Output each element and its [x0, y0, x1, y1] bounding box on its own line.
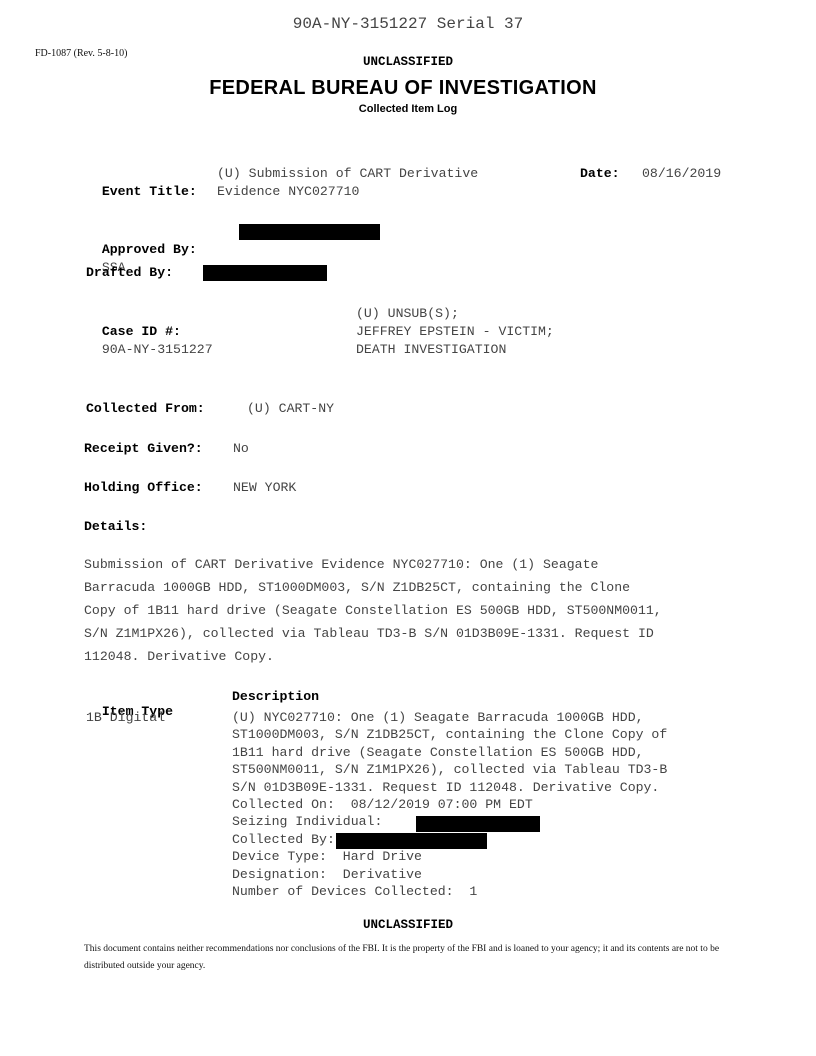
- details-line: Barracuda 1000GB HDD, ST1000DM003, S/N Z…: [84, 576, 744, 599]
- classification-banner-top: UNCLASSIFIED: [0, 55, 816, 69]
- description-line: ST500NM0011, S/N Z1M1PX26), collected vi…: [232, 761, 667, 778]
- redaction-approved-by: [239, 224, 380, 240]
- details-line: S/N Z1M1PX26), collected via Tableau TD3…: [84, 622, 744, 645]
- case-id-field: Case ID #: 90A-NY-3151227: [86, 305, 213, 359]
- event-title-field: Event Title:: [86, 165, 197, 201]
- classification-banner-bottom: UNCLASSIFIED: [0, 918, 816, 932]
- collected-from-label: Collected From:: [86, 400, 205, 418]
- details-paragraph: Submission of CART Derivative Evidence N…: [84, 553, 744, 668]
- case-title-line: (U) UNSUB(S);: [356, 305, 554, 323]
- device-type-value: Hard Drive: [343, 849, 422, 864]
- form-title: Collected Item Log: [0, 103, 816, 115]
- agency-title: FEDERAL BUREAU OF INVESTIGATION: [0, 77, 806, 100]
- description-line: (U) NYC027710: One (1) Seagate Barracuda…: [232, 709, 667, 726]
- receipt-given-label: Receipt Given?:: [84, 440, 203, 458]
- case-title-line: DEATH INVESTIGATION: [356, 341, 554, 359]
- event-title-label: Event Title:: [102, 184, 197, 199]
- designation-value: Derivative: [343, 867, 422, 882]
- column-header-description: Description: [232, 689, 319, 704]
- event-title-line-1: (U) Submission of CART Derivative: [217, 165, 478, 183]
- designation-line: Designation: Derivative: [232, 866, 667, 883]
- details-line: Submission of CART Derivative Evidence N…: [84, 553, 744, 576]
- holding-office-label: Holding Office:: [84, 479, 203, 497]
- disclaimer-text: This document contains neither recommend…: [84, 941, 724, 975]
- collected-by-label: Collected By:: [232, 832, 335, 847]
- description-line: S/N 01D3B09E-1331. Request ID 112048. De…: [232, 779, 667, 796]
- holding-office-value: NEW YORK: [233, 479, 296, 497]
- item-description-cell: (U) NYC027710: One (1) Seagate Barracuda…: [232, 709, 667, 900]
- device-type-label: Device Type:: [232, 849, 327, 864]
- details-label: Details:: [84, 518, 147, 536]
- case-id-value: 90A-NY-3151227: [102, 342, 213, 357]
- num-devices-label: Number of Devices Collected:: [232, 884, 454, 899]
- item-type-cell: 1B Digital: [86, 709, 165, 726]
- serial-stamp: 90A-NY-3151227 Serial 37: [0, 15, 816, 33]
- description-line: ST1000DM003, S/N Z1DB25CT, containing th…: [232, 726, 667, 743]
- redaction-seizing-individual: [416, 816, 540, 832]
- event-title-line-2: Evidence NYC027710: [217, 183, 359, 201]
- seizing-individual-label: Seizing Individual:: [232, 814, 382, 829]
- collected-on-label: Collected On:: [232, 797, 335, 812]
- collected-from-value: (U) CART-NY: [247, 400, 334, 418]
- device-type-line: Device Type: Hard Drive: [232, 848, 667, 865]
- receipt-given-value: No: [233, 440, 249, 458]
- collected-on-line: Collected On: 08/12/2019 07:00 PM EDT: [232, 796, 667, 813]
- date-value: 08/16/2019: [642, 165, 721, 183]
- num-devices-line: Number of Devices Collected: 1: [232, 883, 667, 900]
- details-line: 112048. Derivative Copy.: [84, 645, 744, 668]
- redaction-collected-by: [336, 833, 487, 849]
- designation-label: Designation:: [232, 867, 327, 882]
- details-line: Copy of 1B11 hard drive (Seagate Constel…: [84, 599, 744, 622]
- case-id-label: Case ID #:: [102, 324, 181, 339]
- drafted-by-label: Drafted By:: [86, 264, 173, 282]
- num-devices-value: 1: [469, 884, 477, 899]
- date-label: Date:: [580, 165, 620, 183]
- case-title: (U) UNSUB(S); JEFFREY EPSTEIN - VICTIM; …: [356, 305, 554, 359]
- approved-by-label: Approved By:: [102, 242, 197, 257]
- description-line: 1B11 hard drive (Seagate Constellation E…: [232, 744, 667, 761]
- case-title-line: JEFFREY EPSTEIN - VICTIM;: [356, 323, 554, 341]
- collected-on-value: 08/12/2019 07:00 PM EDT: [351, 797, 533, 812]
- redaction-drafted-by: [203, 265, 327, 281]
